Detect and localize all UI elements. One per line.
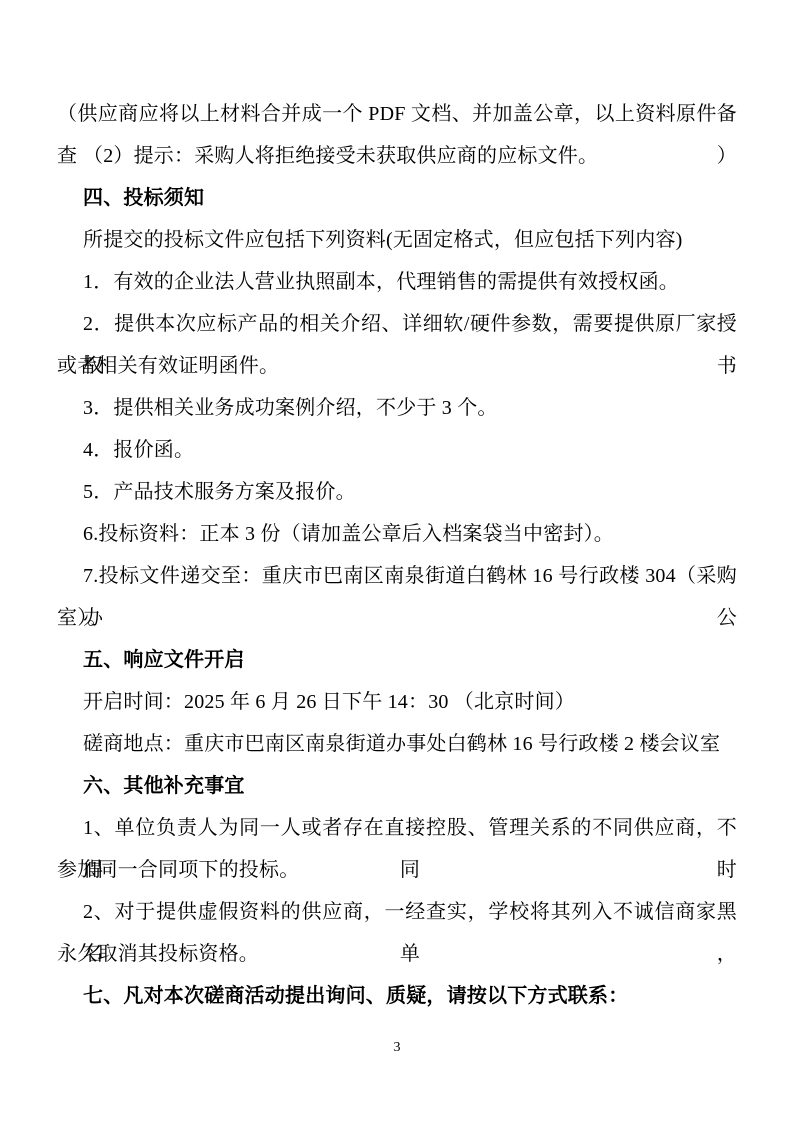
item-5-line: 5．产品技术服务方案及报价。 [57, 471, 737, 513]
item-3-line: 3．提供相关业务成功案例介绍，不少于 3 个。 [57, 387, 737, 429]
venue-line: 磋商地点：重庆市巴南区南泉街道办事处白鹤林 16 号行政楼 2 楼会议室 [57, 723, 737, 765]
item-1-line: 1．有效的企业法人营业执照副本，代理销售的需提供有效授权函。 [57, 261, 737, 303]
note-2-line-1: 2、对于提供虚假资料的供应商，一经查实，学校将其列入不诚信商家黑名单， [57, 891, 737, 933]
section-4-heading: 四、投标须知 [57, 177, 737, 219]
item-6-line: 6.投标资料：正本 3 份（请加盖公章后入档案袋当中密封）。 [57, 513, 737, 555]
section-7-heading: 七、凡对本次磋商活动提出询问、质疑，请按以下方式联系： [57, 975, 737, 1017]
section-5-heading: 五、响应文件开启 [57, 639, 737, 681]
supplier-note-line: （供应商应将以上材料合并成一个 PDF 文档、并加盖公章，以上资料原件备查） [57, 93, 737, 135]
item-7-line-1: 7.投标文件递交至：重庆市巴南区南泉街道白鹤林 16 号行政楼 304（采购办公 [57, 555, 737, 597]
item-4-line: 4．报价函。 [57, 429, 737, 471]
open-time-line: 开启时间：2025 年 6 月 26 日下午 14：30 （北京时间） [57, 681, 737, 723]
document-body: （供应商应将以上材料合并成一个 PDF 文档、并加盖公章，以上资料原件备查） （… [57, 93, 737, 1017]
bid-docs-intro-line: 所提交的投标文件应包括下列资料(无固定格式，但应包括下列内容) [57, 219, 737, 261]
section-6-heading: 六、其他补充事宜 [57, 765, 737, 807]
page-number: 3 [0, 1038, 794, 1058]
document-page: （供应商应将以上材料合并成一个 PDF 文档、并加盖公章，以上资料原件备查） （… [0, 0, 794, 1122]
item-2-line-1: 2．提供本次应标产品的相关介绍、详细软/硬件参数，需要提供原厂家授权书 [57, 303, 737, 345]
note-1-line-1: 1、单位负责人为同一人或者存在直接控股、管理关系的不同供应商，不得同时 [57, 807, 737, 849]
